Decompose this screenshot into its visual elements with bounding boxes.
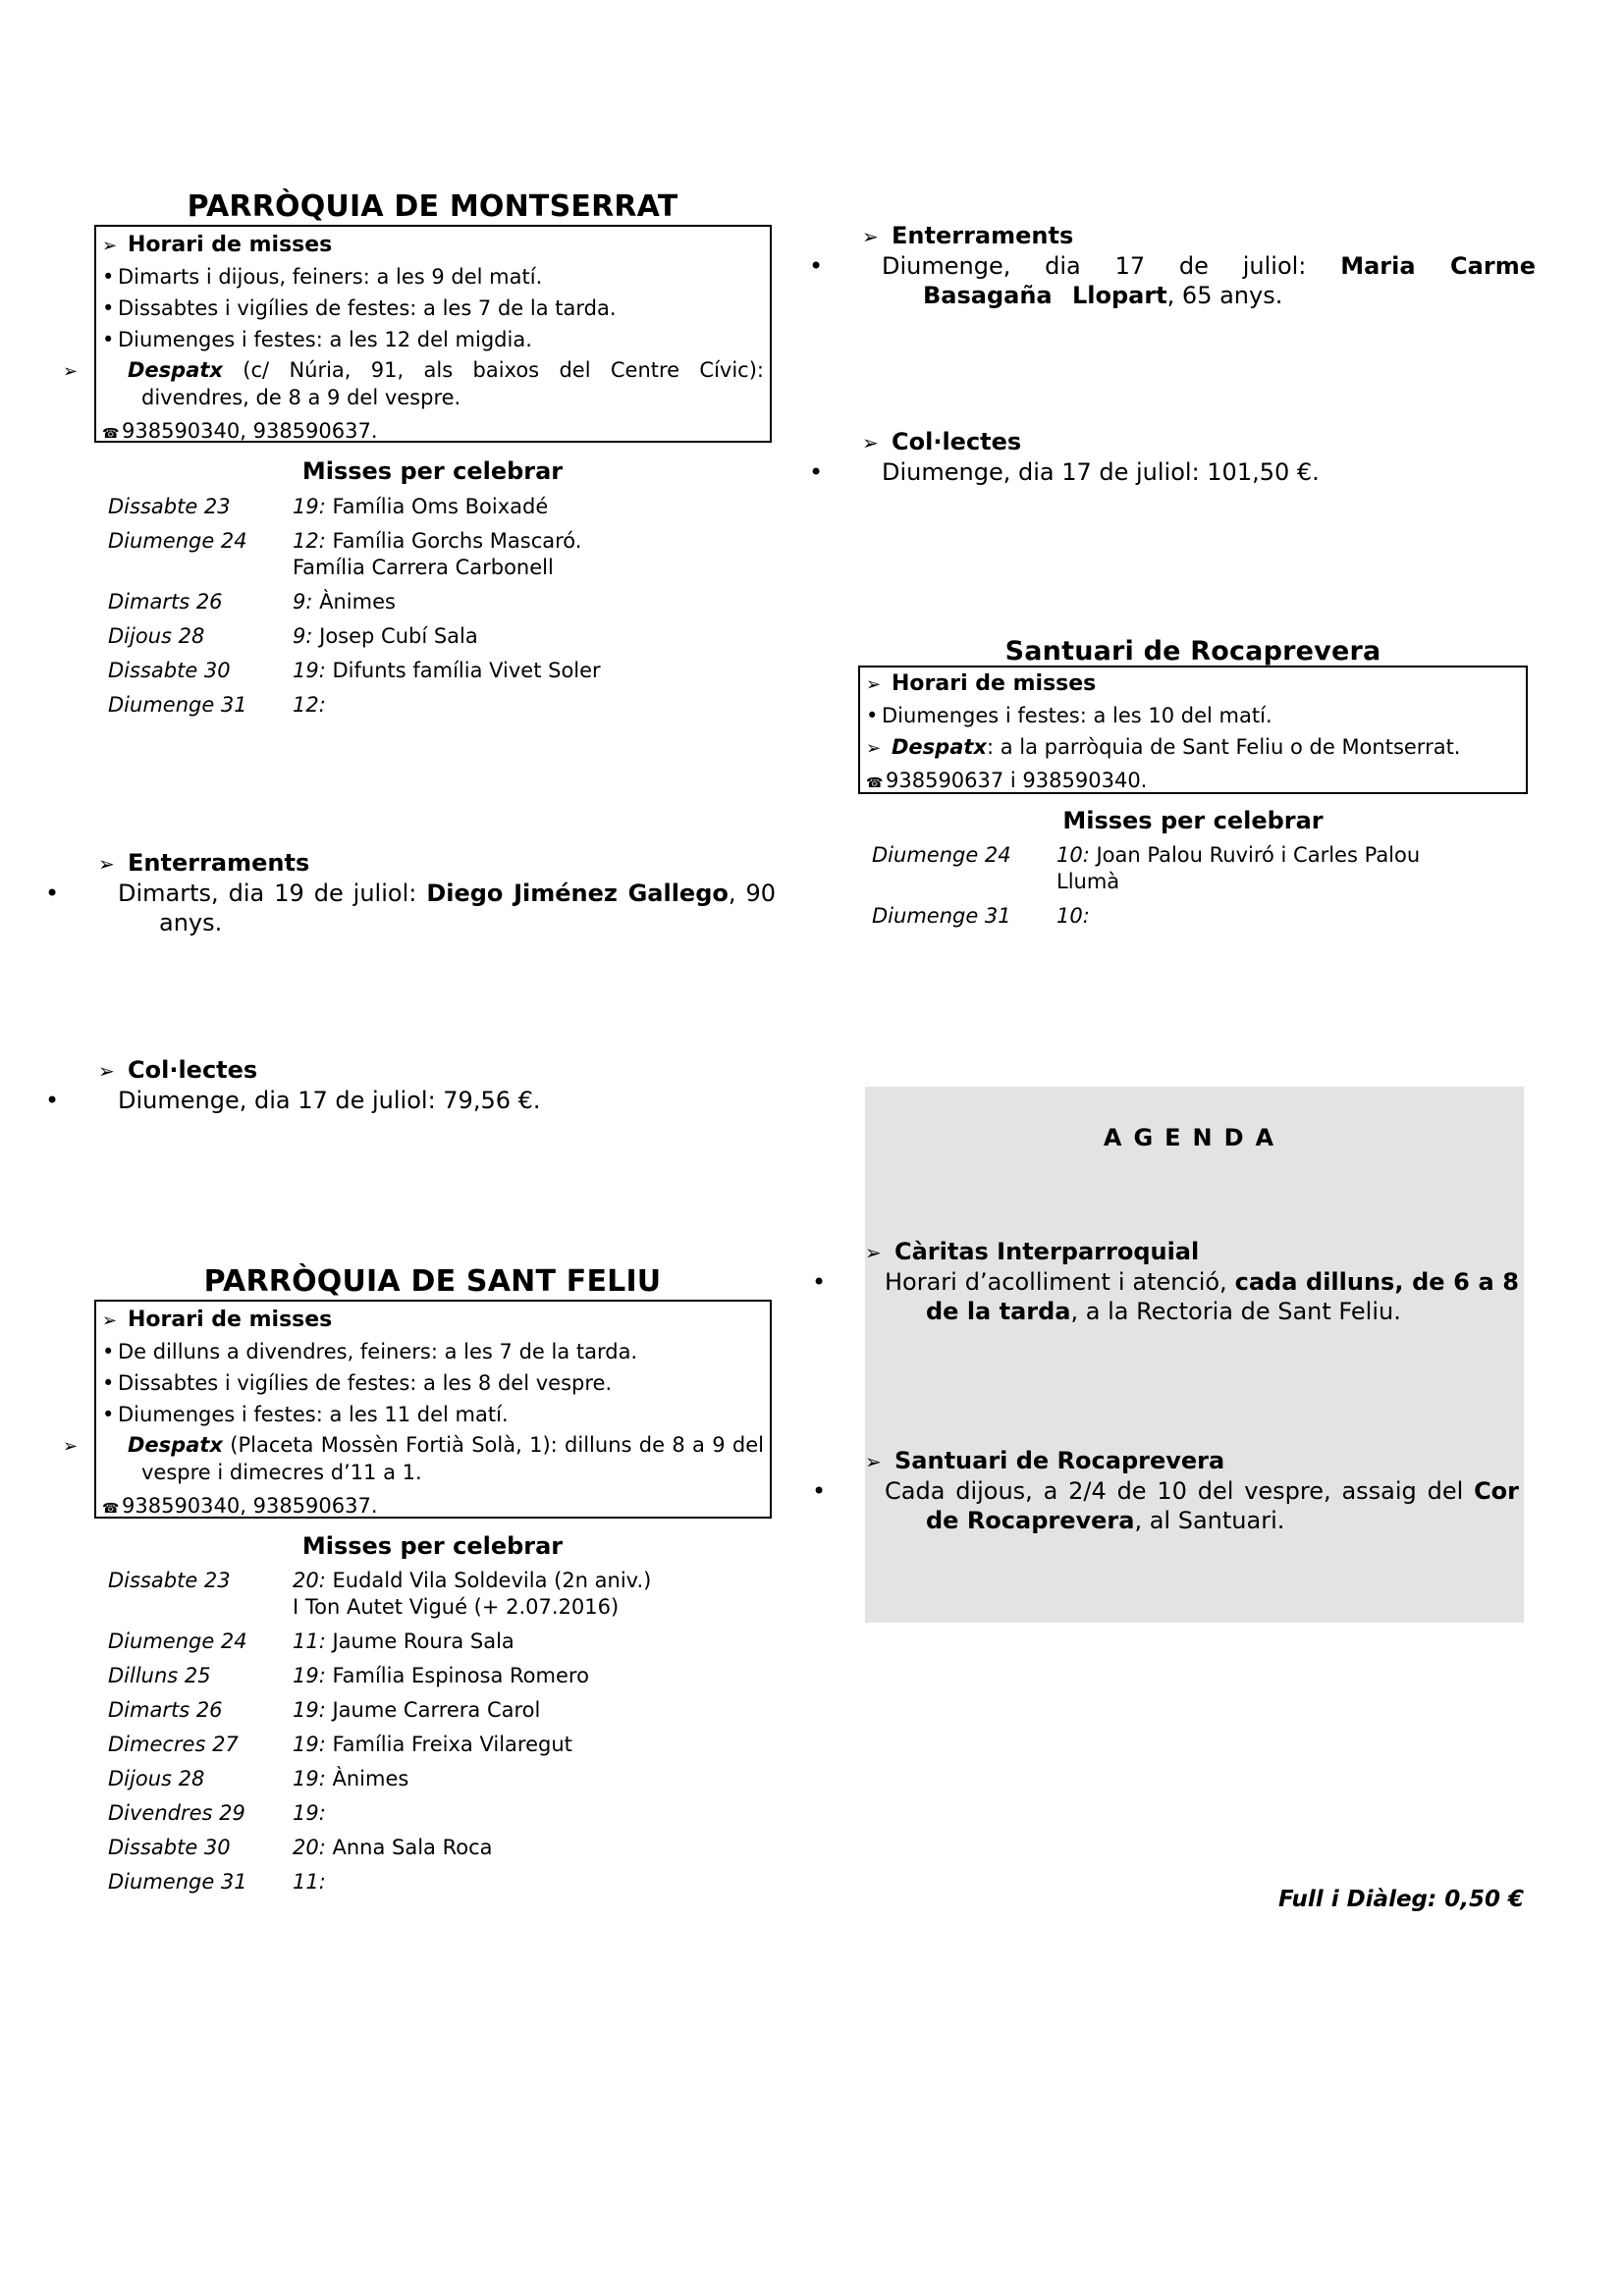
sant-feliu-schedule-item: •Diumenges i festes: a les 11 del matí. (102, 1399, 764, 1430)
mass-intention: 19: Ànimes (293, 1766, 651, 1800)
sant-feliu-masses-table: Dissabte 2320: Eudald Vila Soldevila (2n… (94, 1568, 651, 1903)
mass-hour: 10: (1056, 843, 1090, 867)
rocaprevera-masses-title: Misses per celebrar (858, 806, 1528, 835)
montserrat-burials: ➢Enterraments •Dimarts, dia 19 de juliol… (98, 848, 776, 937)
mass-intention: 19: Difunts família Vivet Soler (293, 658, 601, 692)
mass-intention: 20: Eudald Vila Soldevila (2n aniv.)I To… (293, 1568, 651, 1629)
mass-row: Dissabte 3020: Anna Sala Roca (94, 1835, 651, 1869)
collection-entry: •Diumenge, dia 17 de juliol: 101,50 €. (862, 457, 1536, 487)
mass-hour: 20: (293, 1836, 326, 1859)
sant-feliu-title: PARRÒQUIA DE SANT FELIU (94, 1264, 771, 1300)
mass-day: Diumenge 24 (858, 842, 1056, 903)
mass-hour: 12: (293, 693, 326, 717)
mass-day: Diumenge 31 (858, 903, 1056, 937)
mass-day: Diumenge 31 (94, 1869, 293, 1903)
bullet-icon: • (102, 293, 118, 324)
arrow-icon: ➢ (865, 1238, 894, 1267)
mass-row: Diumenge 2410: Joan Palou Ruviró i Carle… (858, 842, 1528, 903)
arrow-icon: ➢ (98, 1056, 128, 1086)
mass-day: Dimarts 26 (94, 1697, 293, 1732)
mass-day: Diumenge 31 (94, 692, 293, 726)
sant-feliu-schedule-header: ➢Horari de misses (102, 1306, 764, 1336)
mass-intention: 11: Jaume Roura Sala (293, 1629, 651, 1663)
bullet-icon: • (102, 1086, 118, 1115)
rocaprevera-schedule-item: •Diumenges i festes: a les 10 del matí. (866, 700, 1520, 731)
rocaprevera-phone: ☎938590637 i 938590340. (866, 765, 1520, 799)
sant-feliu-schedule-box: ➢Horari de misses •De dilluns a divendre… (94, 1300, 772, 1519)
mass-day: Dissabte 23 (94, 494, 293, 528)
mass-intention: 10: Joan Palou Ruviró i Carles PalouLlum… (1056, 842, 1528, 903)
arrow-icon: ➢ (102, 358, 128, 385)
phone-icon: ☎ (102, 1493, 122, 1524)
mass-hour: 19: (293, 1698, 326, 1722)
mass-day: Dissabte 23 (94, 1568, 293, 1629)
mass-day: Dijous 28 (94, 1766, 293, 1800)
arrow-icon: ➢ (862, 222, 892, 251)
montserrat-schedule-item: •Dissabtes i vigílies de festes: a les 7… (102, 293, 764, 324)
rocaprevera-schedule-box: ➢Horari de misses •Diumenges i festes: a… (858, 666, 1528, 794)
arrow-icon: ➢ (102, 1307, 128, 1336)
agenda-title: AGENDA (865, 1124, 1524, 1151)
mass-intention: 12: Família Gorchs Mascaró.Família Carre… (293, 528, 601, 589)
rocaprevera-schedule-header: ➢Horari de misses (866, 669, 1520, 700)
rocaprevera-despatx: ➢Despatx: a la parròquia de Sant Feliu o… (866, 731, 1520, 765)
bullet-icon: • (102, 1336, 118, 1367)
phone-icon: ☎ (102, 418, 122, 450)
price-footer: Full i Diàleg: 0,50 € (1080, 1887, 1524, 1912)
mass-intention: 11: (293, 1869, 651, 1903)
montserrat-phone: ☎938590340, 938590637. (102, 415, 764, 450)
montserrat-schedule-box: ➢Horari de misses •Dimarts i dijous, fei… (94, 225, 772, 443)
rocaprevera-title: Santuari de Rocaprevera (858, 634, 1528, 669)
sant-feliu-despatx: ➢Despatx (Placeta Mossèn Fortià Solà, 1)… (102, 1432, 764, 1486)
mass-row: Dimecres 2719: Família Freixa Vilaregut (94, 1732, 651, 1766)
mass-hour: 9: (293, 590, 312, 614)
mass-intention: 9: Josep Cubí Sala (293, 623, 601, 658)
mass-hour: 19: (293, 1664, 326, 1687)
mass-intention: 10: (1056, 903, 1528, 937)
montserrat-masses-title: Misses per celebrar (94, 456, 771, 486)
montserrat-schedule-item: •Diumenges i festes: a les 12 del migdia… (102, 324, 764, 355)
mass-hour: 9: (293, 624, 312, 648)
montserrat-title: PARRÒQUIA DE MONTSERRAT (94, 189, 771, 225)
mass-day: Dissabte 30 (94, 1835, 293, 1869)
mass-day: Dimarts 26 (94, 589, 293, 623)
mass-row: Dissabte 2320: Eudald Vila Soldevila (2n… (94, 1568, 651, 1629)
arrow-icon: ➢ (98, 849, 128, 879)
arrow-icon: ➢ (866, 670, 892, 700)
sant-feliu-burials: ➢Enterraments •Diumenge, dia 17 de julio… (862, 221, 1536, 310)
mass-day: Dijous 28 (94, 623, 293, 658)
bullet-icon: • (869, 1267, 885, 1297)
collection-entry: •Diumenge, dia 17 de juliol: 79,56 €. (98, 1086, 776, 1115)
mass-hour: 19: (293, 659, 326, 682)
mass-intention: 19: Família Espinosa Romero (293, 1663, 651, 1697)
mass-row: Diumenge 2411: Jaume Roura Sala (94, 1629, 651, 1663)
mass-day: Divendres 29 (94, 1800, 293, 1835)
mass-intention: 19: Jaume Carrera Carol (293, 1697, 651, 1732)
mass-intention: 19: Família Freixa Vilaregut (293, 1732, 651, 1766)
montserrat-masses-table: Dissabte 2319: Família Oms BoixadéDiumen… (94, 494, 601, 726)
arrow-icon: ➢ (102, 1433, 128, 1460)
mass-row: Dissabte 3019: Difunts família Vivet Sol… (94, 658, 601, 692)
mass-day: Dissabte 30 (94, 658, 293, 692)
sant-feliu-masses-title: Misses per celebrar (94, 1531, 771, 1561)
mass-row: Dimarts 2619: Jaume Carrera Carol (94, 1697, 651, 1732)
burial-entry: •Diumenge, dia 17 de juliol: Maria Carme… (862, 251, 1536, 310)
montserrat-schedule-header: ➢Horari de misses (102, 231, 764, 261)
mass-hour: 10: (1056, 904, 1090, 928)
mass-row: Dijous 2819: Ànimes (94, 1766, 651, 1800)
mass-day: Diumenge 24 (94, 528, 293, 589)
burial-entry: •Dimarts, dia 19 de juliol: Diego Jiméne… (98, 879, 776, 937)
montserrat-schedule-item: •Dimarts i dijous, feiners: a les 9 del … (102, 261, 764, 293)
mass-hour: 19: (293, 495, 326, 518)
mass-day: Dimecres 27 (94, 1732, 293, 1766)
agenda-item-rocaprevera: ➢Santuari de Rocaprevera •Cada dijous, a… (865, 1446, 1519, 1535)
agenda-item-caritas: ➢Càritas Interparroquial •Horari d’acoll… (865, 1237, 1519, 1326)
sant-feliu-schedule-item: •De dilluns a divendres, feiners: a les … (102, 1336, 764, 1367)
mass-row: Dimarts 269: Ànimes (94, 589, 601, 623)
bullet-icon: • (866, 457, 882, 487)
mass-row: Diumenge 3110: (858, 903, 1528, 937)
mass-intention: 20: Anna Sala Roca (293, 1835, 651, 1869)
arrow-icon: ➢ (866, 733, 892, 765)
mass-intention: 12: (293, 692, 601, 726)
mass-hour: 11: (293, 1870, 326, 1894)
mass-row: Dijous 289: Josep Cubí Sala (94, 623, 601, 658)
mass-row: Diumenge 3112: (94, 692, 601, 726)
mass-row: Diumenge 2412: Família Gorchs Mascaró.Fa… (94, 528, 601, 589)
mass-day: Dilluns 25 (94, 1663, 293, 1697)
bullet-icon: • (869, 1476, 885, 1506)
mass-hour: 11: (293, 1629, 326, 1653)
bullet-icon: • (102, 324, 118, 355)
bullet-icon: • (102, 261, 118, 293)
mass-hour: 19: (293, 1801, 326, 1825)
phone-icon: ☎ (866, 768, 886, 799)
mass-hour: 19: (293, 1733, 326, 1756)
mass-hour: 19: (293, 1767, 326, 1790)
mass-hour: 12: (293, 529, 326, 553)
sant-feliu-collections: ➢Col·lectes •Diumenge, dia 17 de juliol:… (862, 427, 1536, 487)
mass-row: Divendres 2919: (94, 1800, 651, 1835)
mass-intention: 19: Família Oms Boixadé (293, 494, 601, 528)
mass-day: Diumenge 24 (94, 1629, 293, 1663)
sant-feliu-phone: ☎938590340, 938590637. (102, 1490, 764, 1524)
montserrat-despatx: ➢Despatx (c/ Núria, 91, als baixos del C… (102, 357, 764, 411)
bullet-icon: • (866, 700, 882, 731)
agenda-panel: AGENDA ➢Càritas Interparroquial •Horari … (865, 1087, 1524, 1623)
bullet-icon: • (102, 1399, 118, 1430)
bullet-icon: • (102, 1367, 118, 1399)
bullet-icon: • (102, 879, 118, 908)
arrow-icon: ➢ (865, 1447, 894, 1476)
bullet-icon: • (866, 251, 882, 281)
arrow-icon: ➢ (102, 232, 128, 261)
mass-row: Dissabte 2319: Família Oms Boixadé (94, 494, 601, 528)
arrow-icon: ➢ (862, 428, 892, 457)
mass-intention: 19: (293, 1800, 651, 1835)
montserrat-collections: ➢Col·lectes •Diumenge, dia 17 de juliol:… (98, 1055, 776, 1115)
mass-row: Dilluns 2519: Família Espinosa Romero (94, 1663, 651, 1697)
mass-hour: 20: (293, 1569, 326, 1592)
sant-feliu-schedule-item: •Dissabtes i vigílies de festes: a les 8… (102, 1367, 764, 1399)
mass-intention: 9: Ànimes (293, 589, 601, 623)
rocaprevera-masses-table: Diumenge 2410: Joan Palou Ruviró i Carle… (858, 842, 1528, 937)
mass-row: Diumenge 3111: (94, 1869, 651, 1903)
